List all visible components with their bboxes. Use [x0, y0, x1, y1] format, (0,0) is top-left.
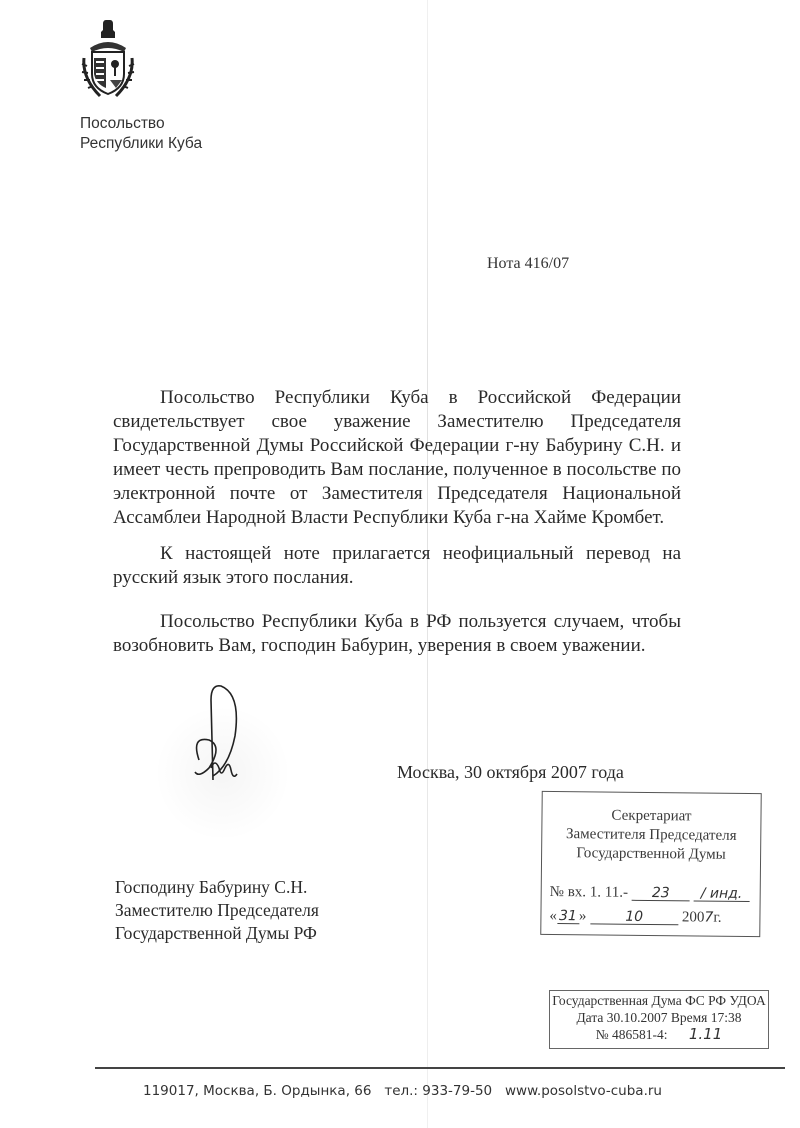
note-number: Нота 416/07: [487, 255, 569, 273]
paragraph-2: К настоящей ноте прилагается неофициальн…: [113, 542, 681, 590]
paragraph-2-text: К настоящей ноте прилагается неофициальн…: [113, 542, 681, 590]
footer-contacts: 119017, Москва, Б. Ордынка, 66 тел.: 933…: [143, 1083, 662, 1099]
letterhead-embassy-name: Посольство Республики Куба: [80, 114, 202, 154]
stamp-year-suffix: г.: [713, 910, 721, 926]
stamp-reg-number: 23: [632, 886, 690, 902]
stamp-duma-handwritten-value: 1.11: [689, 1025, 722, 1043]
stamp-duma-line-1: Государственная Дума ФС РФ УДОА: [550, 992, 768, 1009]
coat-of-arms-icon: [78, 18, 138, 100]
stamp-secretariat-line-3: Государственной Думы: [542, 844, 760, 865]
stamp-reg-suffix: / инд.: [693, 886, 749, 902]
stamp-year-digit: 7: [704, 910, 713, 926]
addressee-line-2: Заместителю Председателя: [115, 899, 319, 922]
stamp-month: 10: [590, 909, 678, 925]
addressee-line-1: Господину Бабурину С.Н.: [115, 876, 319, 899]
paragraph-3-text: Посольство Республики Куба в РФ пользует…: [113, 610, 681, 658]
letterhead-line-1: Посольство: [80, 114, 202, 134]
stamp-day-close: »: [579, 908, 587, 924]
paragraph-1: Посольство Республики Куба в Российской …: [113, 386, 681, 530]
paragraph-1-text: Посольство Республики Куба в Российской …: [113, 386, 681, 530]
duma-office-stamp: Государственная Дума ФС РФ УДОА Дата 30.…: [549, 990, 769, 1049]
stamp-secretariat-line-2: Заместителя Председателя: [542, 825, 760, 846]
stamp-registration-row: № вх. 1. 11.- 23 / инд.: [550, 884, 750, 903]
signature-icon: [155, 680, 295, 810]
footer-address: 119017, Москва, Б. Ордынка, 66: [143, 1083, 371, 1099]
addressee-line-3: Государственной Думы РФ: [115, 922, 319, 945]
addressee-block: Господину Бабурину С.Н. Заместителю Пред…: [115, 876, 319, 945]
secretariat-registration-stamp: Секретариат Заместителя Председателя Гос…: [540, 791, 761, 937]
stamp-duma-line-2: Дата 30.10.2007 Время 17:38: [550, 1009, 768, 1026]
letterhead-line-2: Республики Куба: [80, 134, 202, 154]
paragraph-3: Посольство Республики Куба в РФ пользует…: [113, 610, 681, 658]
stamp-secretariat-line-1: Секретариат: [542, 806, 760, 827]
place-and-date: Москва, 30 октября 2007 года: [397, 762, 624, 783]
stamp-duma-line-3: № 486581-4: 1.11: [550, 1026, 768, 1043]
stamp-year-prefix: 200: [682, 909, 705, 925]
footer-website: www.posolstvo-cuba.ru: [505, 1083, 662, 1099]
footer-phone: тел.: 933-79-50: [384, 1083, 492, 1099]
stamp-date-row: «31» 10 2007г.: [549, 908, 721, 927]
footer-divider: [95, 1067, 785, 1069]
stamp-day-open: «: [549, 908, 557, 924]
stamp-duma-number: № 486581-4:: [596, 1027, 668, 1042]
stamp-day: 31: [557, 909, 579, 924]
stamp-reg-prefix: № вх. 1. 11.-: [550, 884, 629, 901]
